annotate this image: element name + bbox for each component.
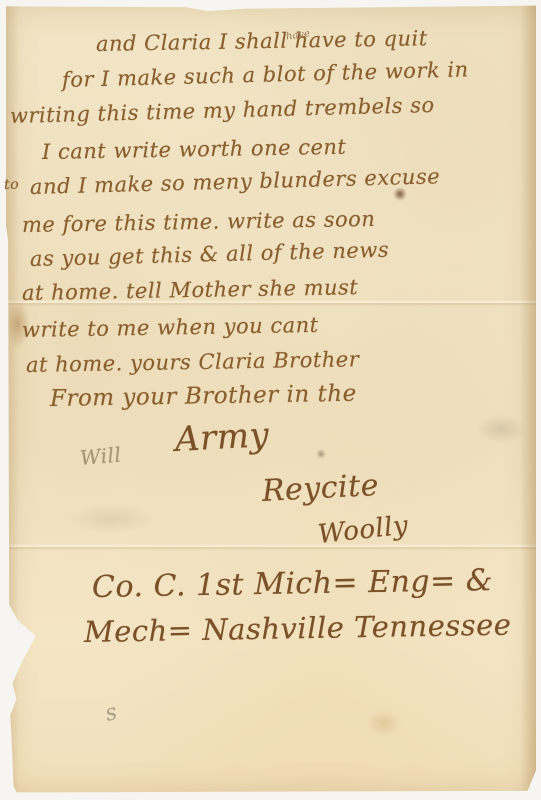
water-stain bbox=[366, 709, 402, 737]
scanned-letter: and Claria I shall have to quit have for… bbox=[0, 0, 541, 800]
closing-army: Army bbox=[174, 415, 270, 460]
smudge bbox=[476, 414, 526, 444]
fold-crease bbox=[6, 544, 536, 550]
address-line-1: Co. C. 1st Mich= Eng= & bbox=[92, 563, 494, 605]
ink-spot bbox=[316, 449, 326, 459]
signature-first-name: Reycite bbox=[261, 468, 380, 509]
faint-word-will: Will bbox=[79, 442, 122, 470]
margin-fragment: to bbox=[4, 177, 19, 193]
smudge bbox=[66, 504, 156, 534]
letter-line-11: From your Brother in the bbox=[50, 381, 357, 412]
